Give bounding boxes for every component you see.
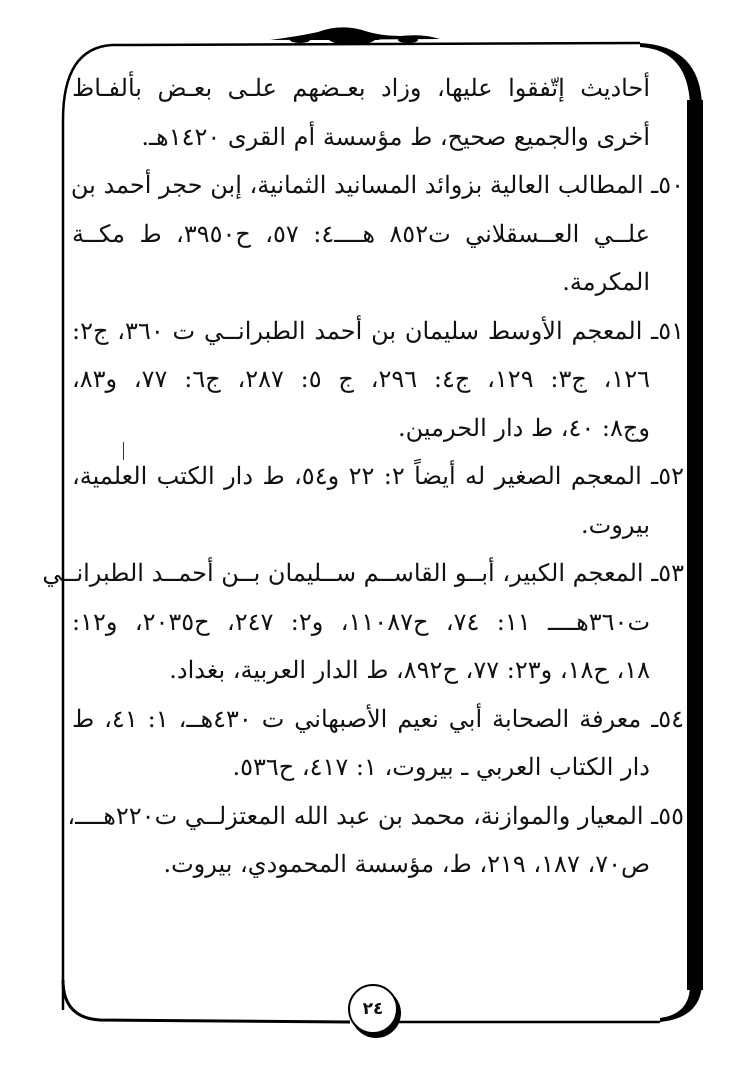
text-line: علــي العــسقلاني ت٨٥٢ هــــ٤: ٥٧، ح٣٩٥٠… xyxy=(72,210,684,259)
text-line: ٥٠ـ المطالب العالية بزوائد المسانيد الثم… xyxy=(72,161,684,210)
text-line: ت٣٦٠هــــ ١١: ٧٤، ح١١٠٨٧، و٢: ٢٤٧، ح٢٠٣٥… xyxy=(72,598,684,647)
stray-print-mark xyxy=(123,442,124,460)
text-line: أخرى والجميع صحيح، ط مؤسسة أم القرى ١٤٢٠… xyxy=(72,113,684,162)
entry-continuation: أحاديث إتّفقوا عليها، وزاد بعـضهم علـى ب… xyxy=(72,64,684,161)
top-ornament-icon xyxy=(270,27,440,45)
text-line: ١٨، ح١٨، و٢٣: ٧٧، ح٨٩٢، ط الدار العربية،… xyxy=(72,646,684,695)
text-line: وج٨: ٤٠، ط دار الحرمين. xyxy=(72,404,684,453)
entry-50: ٥٠ـ المطالب العالية بزوائد المسانيد الثم… xyxy=(72,161,684,307)
text-line: دار الكتاب العربي ـ بيروت، ١: ٤١٧، ح٥٣٦. xyxy=(72,743,684,792)
page-number: ٢٤ xyxy=(363,999,384,1019)
text-line: ١٢٦، ج٣: ١٢٩، ج٤: ٢٩٦، ج ٥: ٢٨٧، ج٦: ٧٧،… xyxy=(72,355,684,404)
text-line: بيروت. xyxy=(72,501,684,550)
entry-52: ٥٢ـ المعجم الصغير له أيضاً ٢: ٢٢ و٥٤، ط … xyxy=(72,452,684,549)
page-number-badge: ٢٤ xyxy=(348,984,398,1034)
text-line: ٥٤ـ معرفة الصحابة أبي نعيم الأصبهاني ت ٤… xyxy=(72,695,684,744)
text-line: أحاديث إتّفقوا عليها، وزاد بعـضهم علـى ب… xyxy=(72,64,684,113)
entry-51: ٥١ـ المعجم الأوسط سليمان بن أحمد الطبران… xyxy=(72,307,684,453)
text-line: ٥٥ـ المعيار والموازنة، محمد بن عبد الله … xyxy=(72,792,684,841)
text-line: المكرمة. xyxy=(72,258,684,307)
text-line: ص٧٠، ١٨٧، ٢١٩، ط، مؤسسة المحمودي، بيروت. xyxy=(72,840,684,889)
text-line: ٥٢ـ المعجم الصغير له أيضاً ٢: ٢٢ و٥٤، ط … xyxy=(72,452,684,501)
text-line: ٥١ـ المعجم الأوسط سليمان بن أحمد الطبران… xyxy=(72,307,684,356)
entry-53: ٥٣ـ المعجم الكبير، أبــو القاســم ســليم… xyxy=(72,549,684,695)
text-line: ٥٣ـ المعجم الكبير، أبــو القاســم ســليم… xyxy=(72,549,684,598)
entry-54: ٥٤ـ معرفة الصحابة أبي نعيم الأصبهاني ت ٤… xyxy=(72,695,684,792)
bibliography-content: أحاديث إتّفقوا عليها، وزاد بعـضهم علـى ب… xyxy=(72,64,684,889)
entry-55: ٥٥ـ المعيار والموازنة، محمد بن عبد الله … xyxy=(72,792,684,889)
